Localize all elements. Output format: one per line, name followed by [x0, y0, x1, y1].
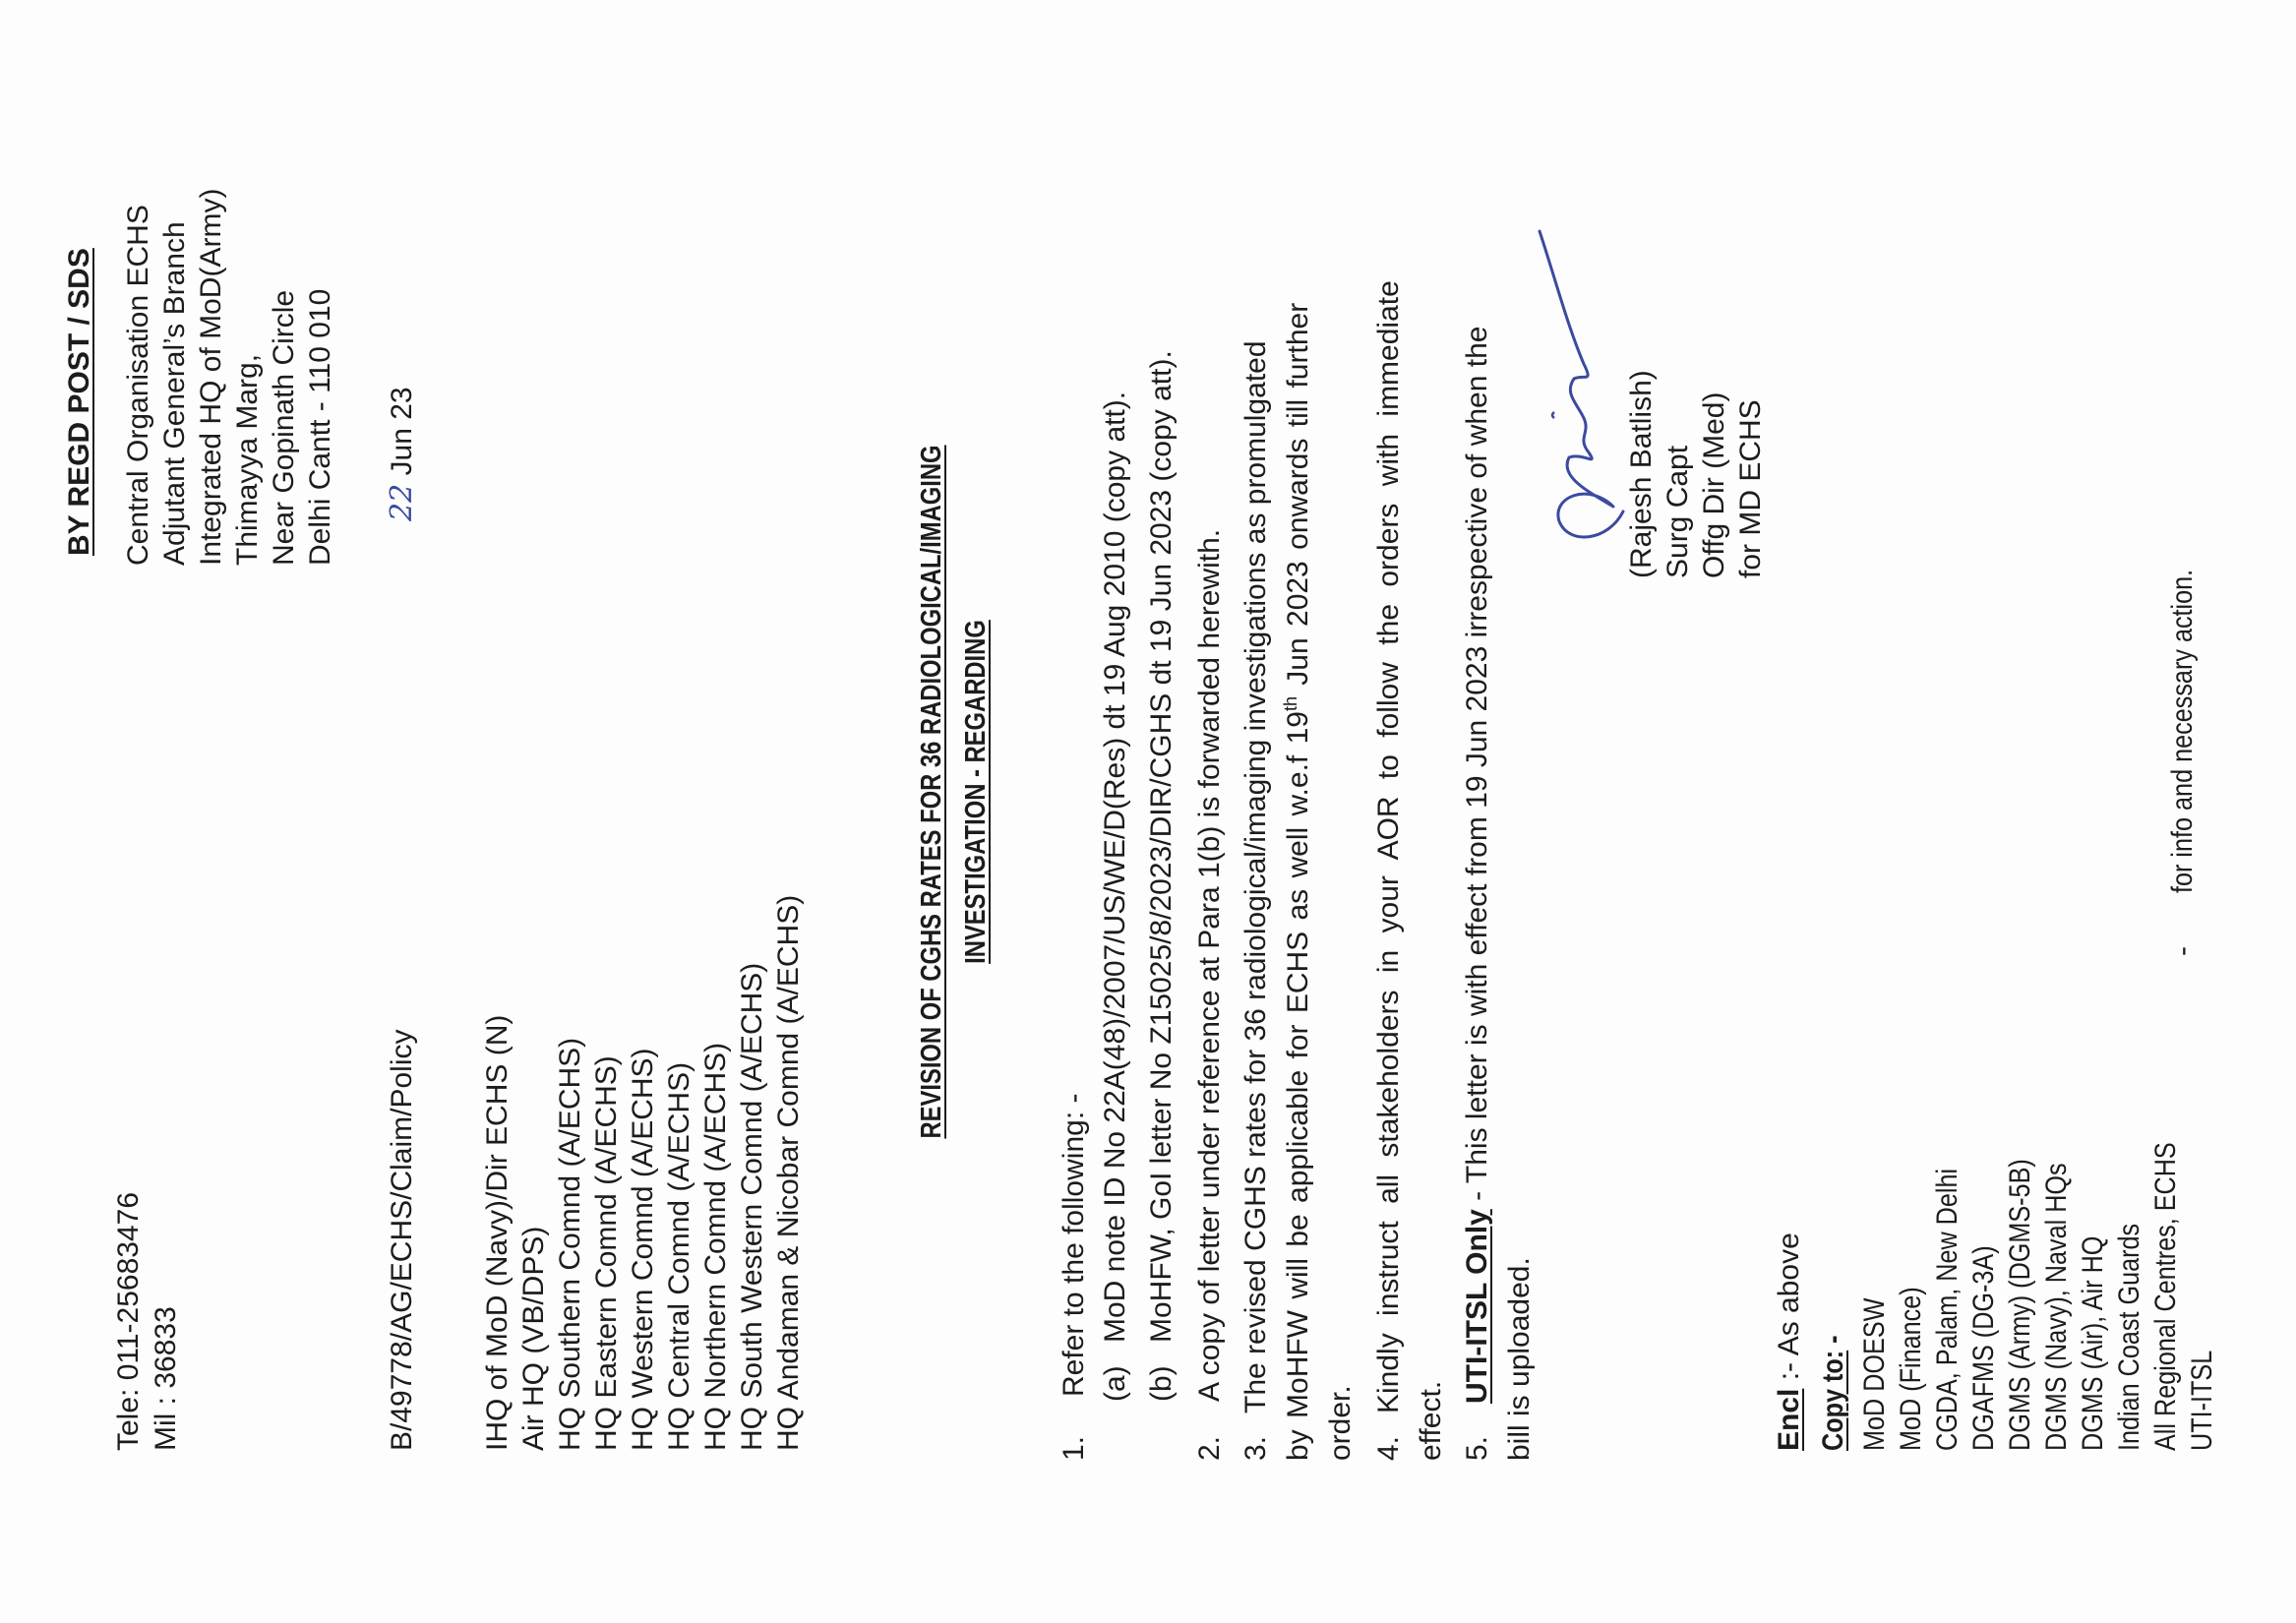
para-line: effect.: [1410, 123, 1452, 1461]
printed-month-year: Jun 23: [386, 387, 418, 475]
reference-text: MoD note ID No 22A(48)/2007/US/WE/D(Res)…: [1099, 391, 1131, 1343]
para-line: Jun 2023 onwards till further: [1282, 303, 1314, 696]
signatory-for: for MD ECHS: [1732, 370, 1769, 578]
para-number: 4.: [1367, 1413, 1410, 1461]
signatory-name: (Rajesh Batlish): [1623, 370, 1660, 578]
copy-to-dash: -: [2164, 946, 2201, 956]
paragraph-2: 2.A copy of letter under reference at Pa…: [1188, 123, 1231, 1461]
reference-label: (b): [1143, 1343, 1179, 1402]
para-line: by MoHFW will be applicable for ECHS as …: [1282, 711, 1314, 1461]
para-line: Kindly instruct all stakeholders in your…: [1372, 280, 1405, 1413]
addressee: IHQ of MoD (Navy)/Dir ECHS (N): [479, 895, 515, 1451]
sender-address: Central Organisation ECHS Adjutant Gener…: [120, 189, 338, 566]
addressee: HQ Southern Comnd (A/ECHS): [552, 895, 588, 1451]
addressee: HQ Western Comnd (A/ECHS): [625, 895, 661, 1451]
addressee-list: IHQ of MoD (Navy)/Dir ECHS (N) Air HQ (V…: [479, 895, 807, 1451]
copy-recipient: DGMS (Navy), Naval HQs: [2038, 1142, 2075, 1451]
para-text: A copy of letter under reference at Para…: [1193, 529, 1226, 1402]
para-number: 1.: [1053, 1402, 1095, 1461]
paragraph-4: 4.Kindly instruct all stakeholders in yo…: [1367, 123, 1452, 1461]
address-line: Delhi Cantt - 110 010: [302, 189, 338, 566]
paragraph-5: 5.UTI-ITSL Only - This letter is with ef…: [1456, 123, 1541, 1461]
addressee: HQ Central Comnd (A/ECHS): [661, 895, 697, 1451]
copy-recipient: UTI-ITSL: [2184, 1142, 2220, 1451]
paragraph-3: 3.The revised CGHS rates for 36 radiolog…: [1235, 123, 1361, 1461]
military-phone: Mil : 36833: [148, 1306, 184, 1451]
address-line: Near Gopinath Circle: [266, 189, 302, 566]
reference-b: (b)MoHFW, GoI letter No Z15025/8/2023/DI…: [1143, 350, 1179, 1402]
file-reference: B/49778/AG/ECHS/Claim/Policy: [384, 1030, 420, 1452]
copy-to-suffix: -: [1817, 1335, 1849, 1350]
copy-recipient: DGAFMS (DG-3A): [1965, 1142, 2002, 1451]
dispatch-mode: BY REGD POST / SDS: [61, 248, 97, 556]
uti-itsl-label: UTI-ITSL Only: [1461, 1209, 1493, 1404]
enclosure: Encl :- As above: [1771, 1232, 1807, 1451]
copy-to-block: Copy to: - MoD DOESW MoD (Finance) CGDA,…: [1815, 1142, 2220, 1451]
addressee: HQ Andaman & Nicobar Comnd (A/ECHS): [770, 895, 807, 1451]
copy-recipient: CGDA, Palam, New Delhi: [1929, 1142, 1965, 1451]
copy-recipient: Indian Coast Guards: [2111, 1142, 2147, 1451]
address-line: Adjutant General’s Branch: [156, 189, 193, 566]
copy-to-label: Copy to:: [1817, 1351, 1849, 1451]
addressee: HQ South Western Comnd (A/ECHS): [734, 895, 770, 1451]
para-line: order.: [1319, 123, 1361, 1461]
signatory-rank: Surg Capt: [1660, 370, 1696, 578]
superscript: th: [1281, 696, 1300, 711]
para-line: - This letter is with effect from 19 Jun…: [1461, 327, 1493, 1210]
copy-to-purpose: for info and necessary action.: [2164, 570, 2201, 893]
copy-recipient: All Regional Centres, ECHS: [2147, 1142, 2184, 1451]
reference-a: (a)MoD note ID No 22A(48)/2007/US/WE/D(R…: [1097, 391, 1133, 1402]
copy-recipient: DGMS (Air), Air HQ: [2075, 1142, 2111, 1451]
copy-recipient: MoD (Finance): [1893, 1142, 1929, 1451]
signature-block: (Rajesh Batlish) Surg Capt Offg Dir (Med…: [1623, 370, 1769, 578]
paragraph-1: 1.Refer to the following: -: [1053, 123, 1095, 1461]
signatory-appointment: Offg Dir (Med): [1696, 370, 1732, 578]
para-text: Refer to the following: -: [1057, 1094, 1090, 1397]
letter-date: 22 Jun 23: [384, 387, 420, 521]
address-line: Integrated HQ of MoD(Army): [193, 189, 229, 566]
letter-page: BY REGD POST / SDS Central Organisation …: [0, 0, 2296, 1623]
subject-heading: REVISION OF CGHS RATES FOR 36 RADIOLOGIC…: [910, 385, 998, 1199]
enclosure-label: Encl: [1773, 1389, 1805, 1451]
para-number: 3.: [1235, 1413, 1277, 1461]
addressee: HQ Eastern Comnd (A/ECHS): [588, 895, 625, 1451]
para-number: 5.: [1456, 1404, 1498, 1461]
copy-recipient: DGMS (Army) (DGMS-5B): [2002, 1142, 2038, 1451]
para-line: The revised CGHS rates for 36 radiologic…: [1239, 340, 1272, 1413]
handwritten-day: 22: [385, 484, 419, 521]
subject-line-2: INVESTIGATION - REGARDING: [960, 620, 992, 964]
addressee: HQ Northern Comnd (A/ECHS): [697, 895, 734, 1451]
address-line: Central Organisation ECHS: [120, 189, 156, 566]
signature-scribble-icon: [1530, 226, 1638, 551]
subject-line-1: REVISION OF CGHS RATES FOR 36 RADIOLOGIC…: [916, 445, 947, 1138]
copy-recipient: MoD DOESW: [1856, 1142, 1893, 1451]
telephone: Tele: 011-25683476: [110, 1192, 147, 1451]
addressee: Air HQ (VB/DPS): [515, 895, 552, 1451]
enclosure-text: :- As above: [1773, 1232, 1805, 1388]
para-number: 2.: [1188, 1402, 1231, 1461]
address-line: Thimayya Marg,: [229, 189, 266, 566]
reference-label: (a): [1097, 1343, 1133, 1402]
reference-text: MoHFW, GoI letter No Z15025/8/2023/DIR/C…: [1145, 350, 1178, 1343]
